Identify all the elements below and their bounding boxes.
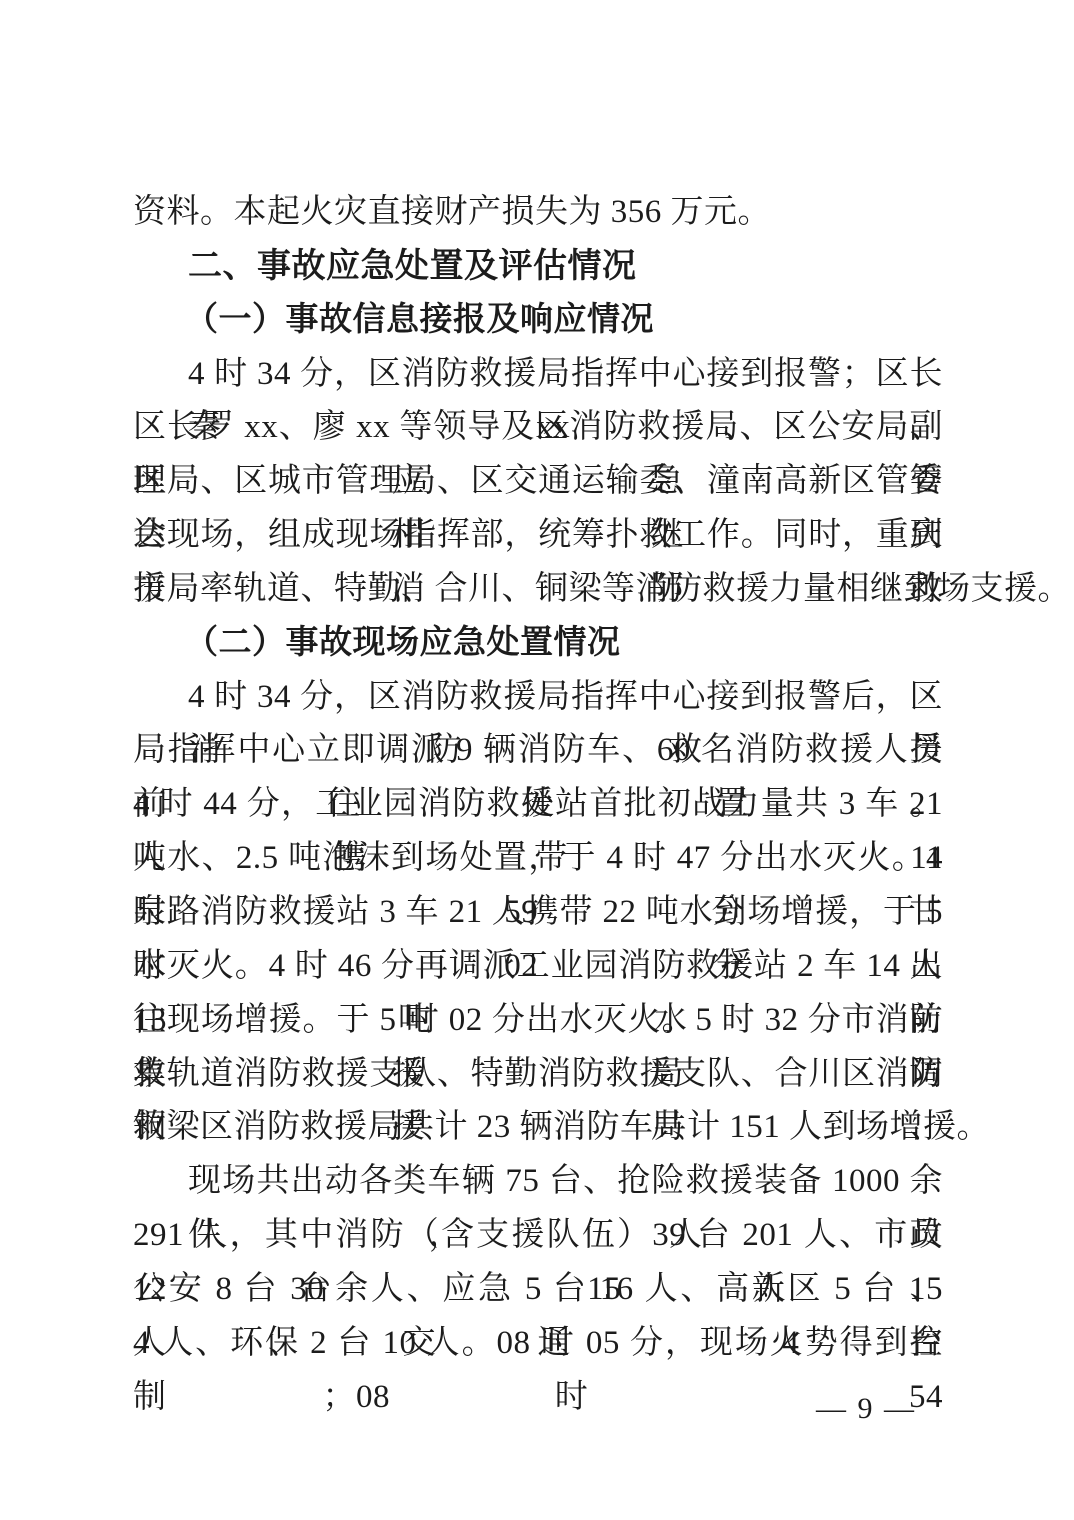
text-line: 集轨道消防救援支队、特勤消防救援支队、合川区消防救援局、 — [133, 1048, 943, 1102]
text-line: 4 时 34 分，区消防救援局指挥中心接到报警后，区消防救援 — [133, 671, 943, 725]
text-line: 4 时 44 分，工业园消防救援站首批初战力量共 3 车 21 人携带 11 — [133, 778, 943, 832]
text-line: 291 人，其中消防（含支援队伍）39 台 201 人、市政 12 台 15 人… — [133, 1209, 943, 1263]
text-line: 现场共出动各类车辆 75 台、抢险救援装备 1000 余件，人员 — [133, 1155, 943, 1209]
text-line: 援局率轨道、特勤、合川、铜梁等消防救援力量相继到场支援。 — [133, 563, 943, 617]
text-line: 达现场，组成现场指挥部，统筹扑救工作。同时，重庆市消防救 — [133, 509, 943, 563]
subsection-heading-1: （一）事故信息接报及响应情况 — [133, 294, 943, 348]
text-line: 吨水、2.5 吨泡沫到场处置，于 4 时 47 分出水灭火。4 时 59 分甘 — [133, 832, 943, 886]
text-line: 水灭火。4 时 46 分再调派工业园消防救援站 2 车 14 人 13 吨水前 — [133, 940, 943, 994]
subsection-heading-2: （二）事故现场应急处置情况 — [133, 617, 943, 671]
text-line: 区长罗 xx、廖 xx 等领导及区消防救援局、区公安局、区应急管 — [133, 401, 943, 455]
text-line: 4 人、环保 2 台 10 人。08 时 05 分，现场火势得到控制；08 时 … — [133, 1317, 943, 1371]
text-line: 公安 8 台 30 余人、应急 5 台 16 人、高新区 5 台 15 人、交通… — [133, 1263, 943, 1317]
page-number: — 9 — — [816, 1392, 916, 1426]
document-page: 资料。本起火灾直接财产损失为 356 万元。二、事故应急处置及评估情况（一）事故… — [0, 0, 1074, 1520]
text-line: 泉路消防救援站 3 车 21 人携带 22 吨水到场增援，于 5 时 02 分出 — [133, 886, 943, 940]
document-body: 资料。本起火灾直接财产损失为 356 万元。二、事故应急处置及评估情况（一）事故… — [133, 186, 943, 1371]
text-line: 局指挥中心立即调派 9 辆消防车、60 名消防救援人员前往处置。 — [133, 724, 943, 778]
text-line: 往现场增援。于 5 时 02 分出水灭火。5 时 32 分市消防救援局调 — [133, 994, 943, 1048]
section-heading: 二、事故应急处置及评估情况 — [133, 240, 943, 294]
text-line: 理局、区城市管理局、区交通运输委、潼南高新区管委会相继到 — [133, 455, 943, 509]
paragraph-continuation-line: 资料。本起火灾直接财产损失为 356 万元。 — [133, 186, 943, 240]
text-line: 铜梁区消防救援局共计 23 辆消防车共计 151 人到场增援。 — [133, 1101, 943, 1155]
text-line: 4 时 34 分，区消防救援局指挥中心接到报警；区长秦 xx、副 — [133, 348, 943, 402]
